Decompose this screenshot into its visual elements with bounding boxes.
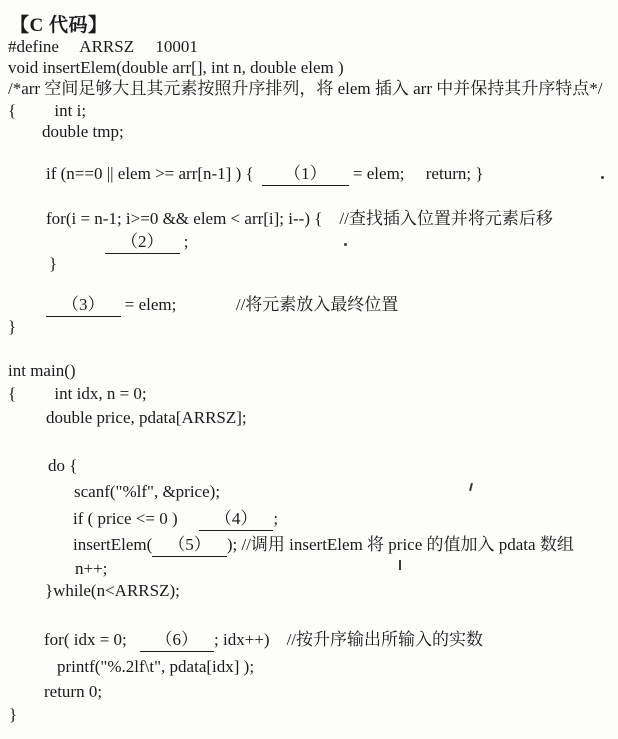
scan-artifact bbox=[399, 560, 401, 570]
code-line-double-tmp: double tmp; bbox=[42, 121, 124, 143]
blank-2: （2） bbox=[105, 232, 180, 254]
code-line-for-loop: for(i = n-1; i>=0 && elem < arr[i]; i--)… bbox=[46, 208, 553, 230]
document-page: 【C 代码】 #define ARRSZ 10001 void insertEl… bbox=[0, 0, 618, 739]
blank-1: （1） bbox=[262, 164, 349, 186]
code-line-blank3: （3） = elem; //将元素放入最终位置 bbox=[46, 294, 398, 317]
code-line-decl-price: double price, pdata[ARRSZ]; bbox=[46, 407, 247, 429]
code-line-function-comment: /*arr 空间足够大且其元素按照升序排列，将 elem 插入 arr 中并保持… bbox=[8, 78, 602, 100]
code-line-define: #define ARRSZ 10001 bbox=[8, 36, 198, 58]
if-price-pre-text: if ( price <= 0 ) bbox=[73, 509, 199, 528]
if-pre-text: if (n==0 || elem >= arr[n-1] ) { bbox=[46, 164, 262, 183]
insert-pre-text: insertElem( bbox=[73, 535, 152, 554]
if-post-text: = elem; return; } bbox=[349, 164, 484, 183]
blank2-post-text: ; bbox=[180, 232, 189, 251]
code-line-main-signature: int main() bbox=[8, 360, 76, 382]
blank-6: （6） bbox=[140, 630, 215, 652]
scan-artifact bbox=[469, 483, 473, 491]
code-line-close-main-brace: } bbox=[9, 704, 17, 726]
insert-post-text: ); //调用 insertElem 将 price 的值加入 pdata 数组 bbox=[227, 535, 574, 554]
code-line-close-inner-brace: } bbox=[49, 253, 57, 275]
blank4-post-text: ; bbox=[273, 509, 278, 528]
code-line-close-function-brace: } bbox=[8, 316, 16, 338]
page-title: 【C 代码】 bbox=[10, 10, 107, 37]
code-line-scanf: scanf("%lf", &price); bbox=[74, 481, 220, 503]
code-line-n-increment: n++; bbox=[75, 558, 107, 580]
code-line-return0: return 0; bbox=[44, 681, 102, 703]
blank-3: （3） bbox=[46, 295, 121, 317]
code-line-for-idx-blank6: for( idx = 0; （6）; idx++) //按升序输出所输入的实数 bbox=[44, 629, 483, 652]
code-line-main-open-brace: { int idx, n = 0; bbox=[8, 383, 147, 405]
code-line-if-blank1: if (n==0 || elem >= arr[n-1] ) { （1） = e… bbox=[46, 163, 484, 186]
scan-artifact bbox=[344, 243, 347, 246]
code-line-do-open: do { bbox=[48, 455, 77, 477]
code-line-function-signature: void insertElem(double arr[], int n, dou… bbox=[8, 57, 344, 79]
code-line-open-brace-int-i: { int i; bbox=[8, 100, 86, 122]
code-line-printf: printf("%.2lf\t", pdata[idx] ); bbox=[57, 656, 254, 678]
code-line-if-price-blank4: if ( price <= 0 ) （4）; bbox=[73, 508, 278, 531]
blank3-post-text: = elem; //将元素放入最终位置 bbox=[121, 295, 399, 314]
scan-artifact bbox=[601, 176, 604, 179]
blank-4: （4） bbox=[199, 509, 274, 531]
blank-5: （5） bbox=[152, 535, 227, 557]
for-idx-post-text: ; idx++) //按升序输出所输入的实数 bbox=[214, 630, 483, 649]
code-line-insertElem-blank5: insertElem(（5）); //调用 insertElem 将 price… bbox=[73, 534, 574, 557]
for-idx-pre-text: for( idx = 0; bbox=[44, 630, 140, 649]
code-line-while: }while(n<ARRSZ); bbox=[45, 580, 180, 602]
code-line-blank2: （2） ; bbox=[105, 231, 188, 254]
